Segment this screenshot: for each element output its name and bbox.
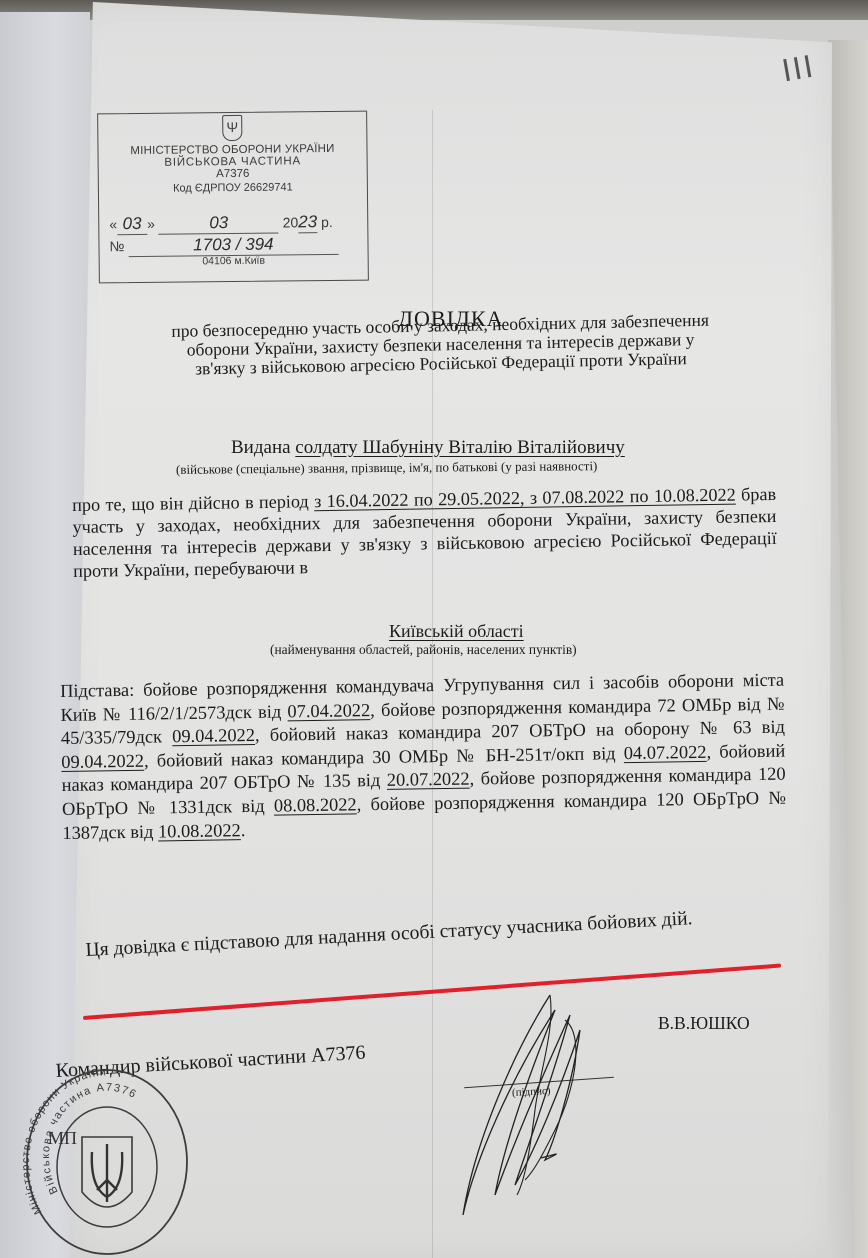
basis-date: 09.04.2022 bbox=[61, 750, 144, 771]
basis-text: бойове розпорядження командувача Угрупув… bbox=[60, 670, 786, 843]
stamp-month: 03 bbox=[159, 213, 279, 235]
region-caption: (найменування областей, районів, населен… bbox=[270, 642, 577, 658]
stamp-city: 04106 м.Київ bbox=[100, 254, 368, 269]
issued-prefix: Видана bbox=[231, 437, 291, 458]
stamp-year-prefix: 20 bbox=[283, 214, 299, 230]
basis-date: 09.04.2022 bbox=[172, 725, 255, 746]
basis-date: 07.04.2022 bbox=[287, 700, 370, 721]
participation-intro: про те, що він дійсно в період bbox=[72, 491, 309, 515]
stamp-edrpou: Код ЄДРПОУ 26629741 bbox=[99, 181, 367, 196]
issued-to-name: солдату Шабуніну Віталію Віталійовичу bbox=[295, 437, 625, 458]
tally-mark: III bbox=[779, 47, 818, 89]
stamp-unit-code: А7376 bbox=[99, 167, 367, 182]
document-subtitle: про безпосередню участь особи у заходах,… bbox=[170, 311, 711, 379]
region-name: Київській області bbox=[389, 621, 524, 642]
trident-icon: Ψ bbox=[222, 115, 242, 141]
basis-date: 04.07.2022 bbox=[624, 742, 707, 763]
participation-paragraph: про те, що він дійсно в період з 16.04.2… bbox=[72, 483, 777, 582]
stamp-year: 23 bbox=[298, 212, 317, 233]
basis-paragraph: Підстава: бойове розпорядження командува… bbox=[60, 669, 787, 846]
basis-date: 20.07.2022 bbox=[387, 769, 470, 790]
basis-date: 08.08.2022 bbox=[274, 794, 357, 815]
basis-label: Підстава: bbox=[60, 680, 134, 701]
stamp-year-suffix: р. bbox=[321, 214, 333, 230]
issued-to-line: Видана солдату Шабуніну Віталію Віталійо… bbox=[231, 437, 625, 459]
official-seal: Міністерство оборони України Військова ч… bbox=[22, 1062, 190, 1258]
basis-date: 10.08.2022 bbox=[158, 820, 241, 841]
seal-mark: МП bbox=[48, 1128, 77, 1149]
basis-segment: . bbox=[241, 820, 246, 840]
signer-name: В.В.ЮШКО bbox=[658, 1013, 750, 1034]
stamp-day: 03 bbox=[117, 214, 147, 235]
handwritten-signature bbox=[455, 990, 615, 1220]
registration-stamp: Ψ МІНІСТЕРСТВО ОБОРОНИ УКРАЇНИ ВІЙСЬКОВА… bbox=[97, 111, 369, 284]
stamp-number-label: № bbox=[109, 238, 124, 254]
